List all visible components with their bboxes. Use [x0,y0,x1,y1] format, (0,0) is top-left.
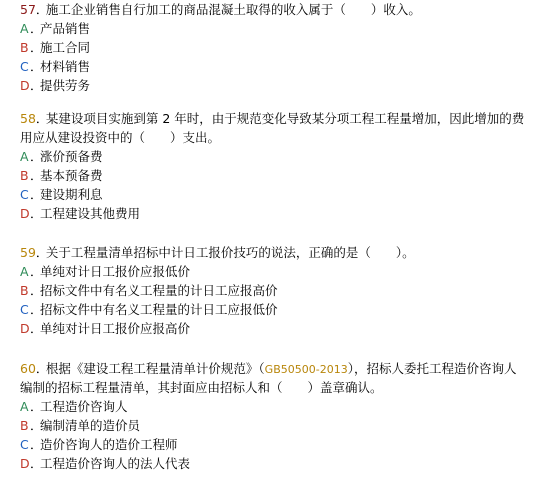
stem-text: 用应从建设投资中的（ ）支出。 [20,130,220,145]
separator: ． [30,76,40,95]
option-letter: C [20,185,30,204]
option-a: A．单纯对计日工报价应报低价 [20,262,535,281]
question-stem: 58．某建设项目实施到第 2 年时，由于规范变化导致某分项工程工程量增加，因此增… [20,109,535,128]
option-letter: C [20,57,30,76]
separator: ． [30,435,40,454]
separator: ． [30,57,40,76]
separator: ． [30,397,40,416]
option-letter: D [20,454,30,473]
option-text: 工程造价咨询人 [40,399,128,414]
stem-text: 某建设项目实施到第 2 年时，由于规范变化导致某分项工程工程量增加，因此增加的费 [46,111,524,126]
option-letter: B [20,416,30,435]
option-text: 建设期利息 [40,187,103,202]
option-a: A．工程造价咨询人 [20,397,535,416]
question-60: 60．根据《建设工程工程量清单计价规范》（GB50500-2013），招标人委托… [20,359,535,473]
option-b: B．基本预备费 [20,166,535,185]
option-text: 工程造价咨询人的法人代表 [40,456,190,471]
separator: ． [30,38,40,57]
option-text: 提供劳务 [40,78,90,93]
option-b: B．招标文件中有名义工程量的计日工应报高价 [20,281,535,300]
separator: ． [36,359,46,378]
separator: ． [30,166,40,185]
separator: ． [36,243,46,262]
option-text: 施工合同 [40,40,90,55]
option-text: 材料销售 [40,59,90,74]
option-letter: C [20,300,30,319]
separator: ． [36,109,46,128]
option-text: 基本预备费 [40,168,103,183]
option-letter: C [20,435,30,454]
option-a: A．产品销售 [20,19,535,38]
question-number: 58 [20,111,36,126]
question-59: 59．关于工程量清单招标中计日工报价技巧的说法，正确的是（ ）。 A．单纯对计日… [20,243,535,338]
separator: ． [30,204,40,223]
separator: ． [30,19,40,38]
option-text: 招标文件中有名义工程量的计日工应报低价 [40,302,278,317]
standard-code: GB50500-2013 [265,363,348,376]
option-letter: B [20,38,30,57]
question-57: 57．施工企业销售自行加工的商品混凝土取得的收入属于（ ）收入。 A．产品销售 … [20,0,535,95]
option-text: 招标文件中有名义工程量的计日工应报高价 [40,283,278,298]
separator: ． [30,185,40,204]
separator: ． [30,416,40,435]
option-d: D．工程建设其他费用 [20,204,535,223]
option-d: D．提供劳务 [20,76,535,95]
option-letter: A [20,262,30,281]
stem-text: 关于工程量清单招标中计日工报价技巧的说法，正确的是（ ）。 [46,245,415,260]
separator: ． [30,454,40,473]
option-letter: D [20,319,30,338]
separator: ． [30,147,40,166]
option-d: D．工程造价咨询人的法人代表 [20,454,535,473]
stem-text: 编制的招标工程量清单，其封面应由招标人和（ ）盖章确认。 [20,380,383,395]
question-stem-continued: 编制的招标工程量清单，其封面应由招标人和（ ）盖章确认。 [20,378,535,397]
option-c: C．材料销售 [20,57,535,76]
stem-text: 施工企业销售自行加工的商品混凝土取得的收入属于（ ）收入。 [46,2,421,17]
option-letter: B [20,281,30,300]
separator: ． [36,0,46,19]
option-letter: A [20,397,30,416]
option-text: 编制清单的造价员 [40,418,140,433]
stem-text-before-code: 根据《建设工程工程量清单计价规范》（ [46,361,265,376]
option-letter: D [20,76,30,95]
option-text: 单纯对计日工报价应报高价 [40,321,190,336]
option-c: C．造价咨询人的造价工程师 [20,435,535,454]
separator: ． [30,319,40,338]
option-text: 涨价预备费 [40,149,103,164]
option-a: A．涨价预备费 [20,147,535,166]
option-letter: A [20,19,30,38]
question-stem: 60．根据《建设工程工程量清单计价规范》（GB50500-2013），招标人委托… [20,359,535,378]
question-58: 58．某建设项目实施到第 2 年时，由于规范变化导致某分项工程工程量增加，因此增… [20,109,535,223]
option-text: 单纯对计日工报价应报低价 [40,264,190,279]
separator: ． [30,281,40,300]
option-text: 工程建设其他费用 [40,206,140,221]
separator: ． [30,262,40,281]
option-b: B．编制清单的造价员 [20,416,535,435]
option-letter: D [20,204,30,223]
question-number: 60 [20,361,36,376]
option-d: D．单纯对计日工报价应报高价 [20,319,535,338]
question-stem: 59．关于工程量清单招标中计日工报价技巧的说法，正确的是（ ）。 [20,243,535,262]
separator: ． [30,300,40,319]
question-number: 59 [20,245,36,260]
option-c: C．建设期利息 [20,185,535,204]
stem-text-after-code: ），招标人委托工程造价咨询人 [348,361,517,376]
option-c: C．招标文件中有名义工程量的计日工应报低价 [20,300,535,319]
option-text: 产品销售 [40,21,90,36]
option-letter: A [20,147,30,166]
option-text: 造价咨询人的造价工程师 [40,437,178,452]
option-letter: B [20,166,30,185]
question-stem-continued: 用应从建设投资中的（ ）支出。 [20,128,535,147]
option-b: B．施工合同 [20,38,535,57]
question-number: 57 [20,2,36,17]
question-stem: 57．施工企业销售自行加工的商品混凝土取得的收入属于（ ）收入。 [20,0,535,19]
